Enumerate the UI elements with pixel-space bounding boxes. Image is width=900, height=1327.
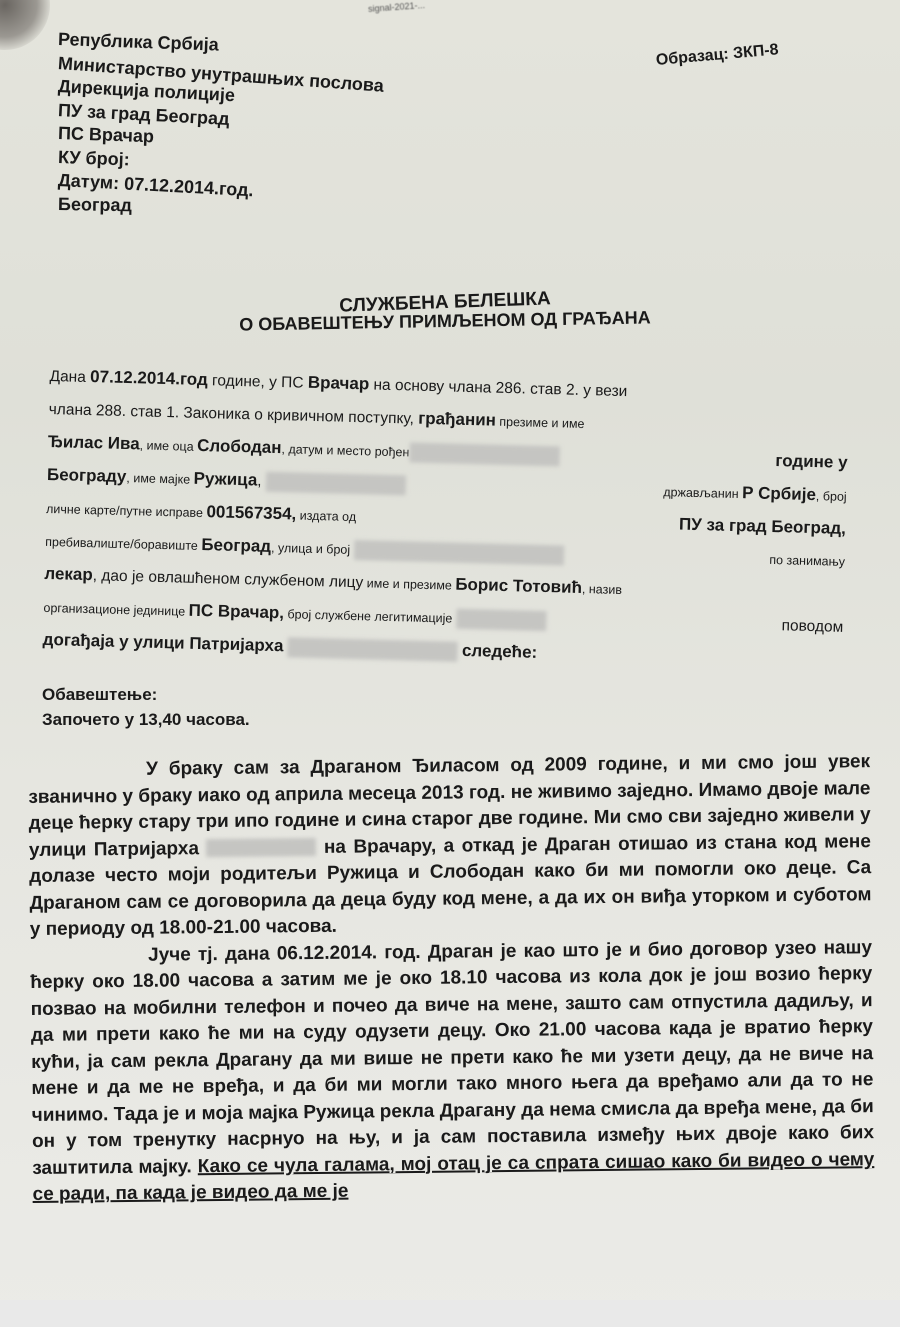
document-page: signal-2021-... Република Србија Министа… — [0, 0, 900, 1327]
redacted-field — [206, 838, 316, 857]
statement-paragraph-1: У браку сам за Драганом Ђиласом од 2009 … — [28, 749, 872, 943]
page-bottom-edge — [0, 1300, 900, 1327]
photo-shadow — [0, 0, 50, 50]
statement-body: У браку сам за Драганом Ђиласом од 2009 … — [28, 749, 875, 1208]
document-header: Република Србија Министарство унутрашњих… — [58, 28, 384, 216]
redacted-field — [409, 442, 559, 466]
intro-paragraph: Дана 07.12.2014.год године, у ПС Врачар … — [42, 360, 850, 678]
redacted-field — [354, 540, 564, 565]
statement-paragraph-2: Јуче тј. дана 06.12.2014. год. Драган је… — [30, 935, 875, 1209]
redacted-field — [456, 609, 546, 631]
redacted-field — [266, 472, 406, 496]
watermark: signal-2021-... — [368, 0, 426, 14]
notice-heading: Обавештење: — [42, 682, 157, 708]
header-line: Београд — [58, 193, 385, 222]
redacted-field — [287, 637, 457, 661]
form-code: Образац: ЗКП-8 — [655, 41, 779, 70]
document-title: СЛУЖБЕНА БЕЛЕШКА О ОБАВЕШТЕЊУ ПРИМЉЕНОМ … — [210, 292, 680, 332]
notice-start-time: Започето у 13,40 часова. — [42, 710, 250, 730]
